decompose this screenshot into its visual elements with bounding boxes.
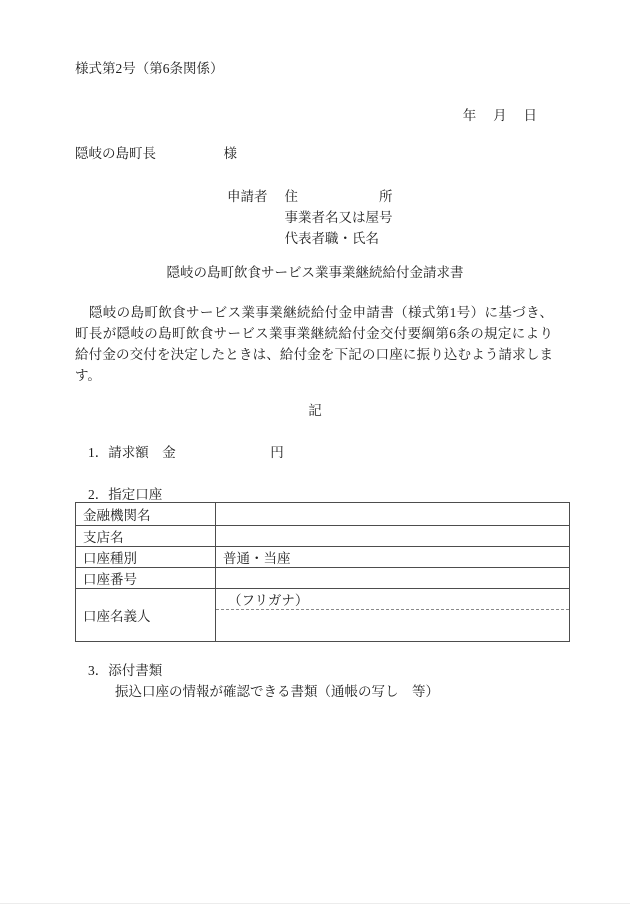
table-row: 支店名 [76,526,570,547]
applicant-address-line: 住 所 [285,186,393,207]
document-page: 様式第2号（第6条関係） 年 月 日 隠岐の島町長 様 申請者 住 所 事業者名… [0,0,630,904]
table-label-account-number: 口座番号 [76,568,216,589]
applicant-business-name-line: 事業者名又は屋号 [285,207,393,228]
document-title: 隠岐の島町飲食サービス業事業継続給付金請求書 [75,261,555,281]
claim-amount-line: 1．請求額 金 円 [88,441,284,461]
record-marker: 記 [75,399,555,419]
attachment-heading: 3．添付書類 [88,659,162,679]
table-row: 口座番号 [76,568,570,589]
body-paragraph: 隠岐の島町飲食サービス業事業継続給付金申請書（様式第1号）に基づき、 町長が隠岐… [75,302,553,386]
table-value-account-type: 普通・当座 [216,547,570,568]
applicant-fields: 住 所 事業者名又は屋号 代表者職・氏名 [285,186,393,249]
form-number: 様式第2号（第6条関係） [75,57,224,77]
addressee-line: 隠岐の島町長 様 [75,142,237,162]
applicant-representative-line: 代表者職・氏名 [285,228,393,249]
designated-account-heading: 2．指定口座 [88,483,162,503]
applicant-label: 申請者 [227,186,268,207]
paragraph-line: 隠岐の島町飲食サービス業事業継続給付金申請書（様式第1号）に基づき、 [75,302,553,323]
table-value-account-number [216,568,570,589]
table-row: 口座種別 普通・当座 [76,547,570,568]
table-row: 金融機関名 [76,503,570,526]
paragraph-line: 町長が隠岐の島町飲食サービス業事業継続給付金交付要綱第6条の規定により [75,323,553,344]
table-row: 口座名義人 （フリガナ） [76,589,570,610]
date-line: 年 月 日 [463,104,537,124]
table-label-account-type: 口座種別 [76,547,216,568]
account-table: 金融機関名 支店名 口座種別 普通・当座 口座番号 口座名義人 （フリガナ） [75,502,570,642]
table-value-financial-institution [216,503,570,526]
applicant-block: 申請者 住 所 事業者名又は屋号 代表者職・氏名 [227,186,393,249]
table-value-account-holder [216,610,570,642]
table-value-account-holder-furigana: （フリガナ） [216,589,570,610]
paragraph-line: 給付金の交付を決定したときは、給付金を下記の口座に振り込むよう請求しま [75,344,553,365]
attachment-detail: 振込口座の情報が確認できる書類（通帳の写し 等） [115,680,439,700]
table-label-account-holder: 口座名義人 [76,589,216,642]
table-label-branch-name: 支店名 [76,526,216,547]
table-value-branch-name [216,526,570,547]
table-label-financial-institution: 金融機関名 [76,503,216,526]
paragraph-line: す。 [75,365,553,386]
